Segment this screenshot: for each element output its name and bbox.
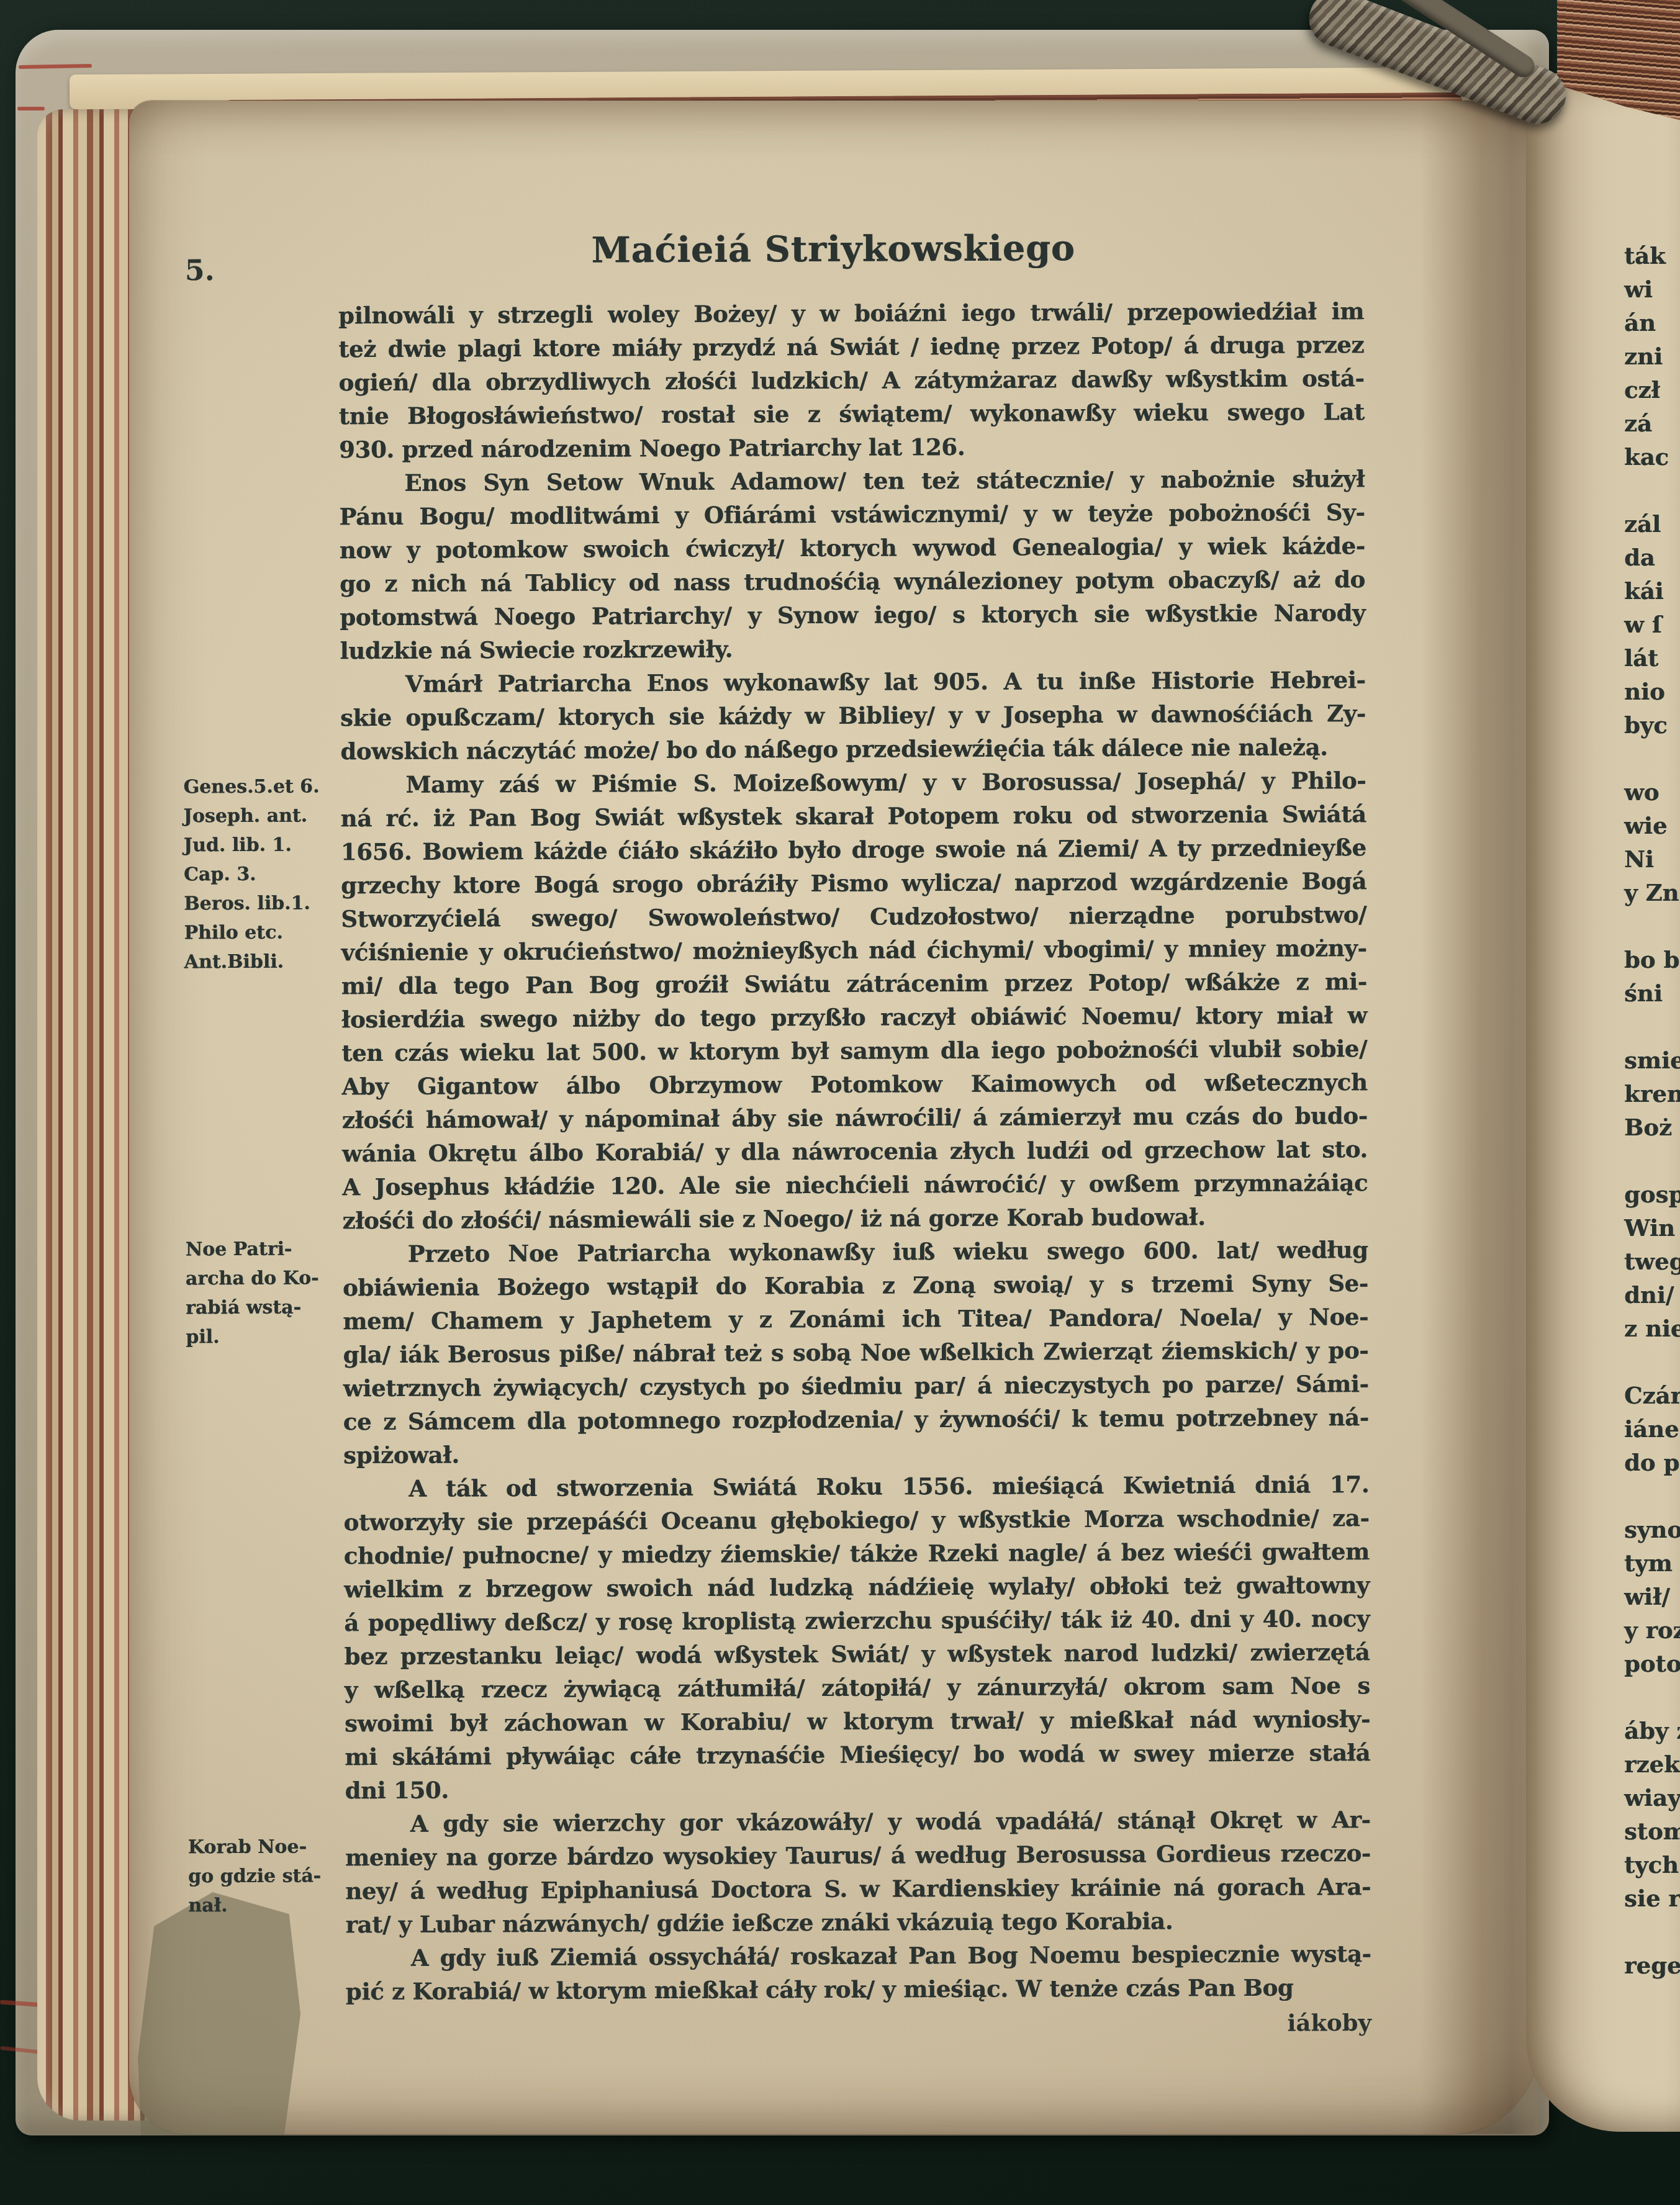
next-page-text-fragment: stom <box>1624 1815 1680 1848</box>
red-ruling-line <box>17 107 45 110</box>
next-page-text-fragment: rege <box>1624 1949 1680 1982</box>
next-page-text-fragment: Win <box>1624 1211 1680 1245</box>
next-page-text-fragment: Ni <box>1624 842 1680 876</box>
next-page-text-fragment: śni <box>1624 976 1680 1010</box>
next-page-text-fragment: poto <box>1624 1647 1680 1680</box>
main-page <box>129 101 1537 2134</box>
next-page-text-fragment: wo <box>1624 775 1680 809</box>
next-page-text-fragment: gosp <box>1624 1178 1680 1211</box>
next-page-sliver: tákwiánzniczłzákac záldakáiw ſlátniobyc … <box>1526 73 1680 2132</box>
next-page-text-fragment: lát <box>1624 641 1680 675</box>
next-page-text-fragment: smie <box>1624 1044 1680 1077</box>
next-page-text-fragment: kren <box>1624 1077 1680 1111</box>
next-page-text-fragment: Boż <box>1624 1111 1680 1144</box>
next-page-text-fragment <box>1624 742 1680 775</box>
next-page-text-fragment: ták <box>1624 239 1680 273</box>
next-page-text-fragment: wił/ <box>1624 1580 1680 1613</box>
next-page-text-fragment: do p <box>1624 1446 1680 1479</box>
next-page-text-fragment <box>1624 1680 1680 1714</box>
next-page-text-fragment: zá <box>1624 407 1680 440</box>
next-page-text-fragment: nio <box>1624 675 1680 708</box>
next-page-text-fragment <box>1624 909 1680 943</box>
book-scan: tákwiánzniczłzákac záldakáiw ſlátniobyc … <box>0 0 1680 2205</box>
next-page-text-fragment: byc <box>1624 708 1680 742</box>
next-page-text-fragment: Czár <box>1624 1379 1680 1412</box>
next-page-text-fragment: wie <box>1624 809 1680 842</box>
next-page-text-fragment: y Zn <box>1624 876 1680 909</box>
next-page-text-fragment <box>1624 474 1680 507</box>
next-page-text-fragment: czł <box>1624 373 1680 407</box>
next-page-text-fragment: zni <box>1624 340 1680 373</box>
next-page-text-fragment: dni/ <box>1624 1278 1680 1312</box>
next-page-text-fragment: wi <box>1624 273 1680 306</box>
next-page-text-fragment: syno <box>1624 1513 1680 1546</box>
next-page-text-fragment: z nieg <box>1624 1312 1680 1345</box>
next-page-text-fragment: zál <box>1624 507 1680 541</box>
next-page-text-fragment: rzekł <box>1624 1747 1680 1781</box>
next-page-text-fragment <box>1624 1479 1680 1513</box>
next-page-text-fragment: áby z <box>1624 1714 1680 1747</box>
next-page-text-fragment <box>1624 1010 1680 1044</box>
next-page-text-fragment: tym <box>1624 1546 1680 1580</box>
next-page-text-fragment: tych <box>1624 1848 1680 1882</box>
next-page-text-fragment <box>1624 1144 1680 1178</box>
next-page-text-fragment: y roz <box>1624 1613 1680 1647</box>
next-page-text-fragment <box>1624 1915 1680 1949</box>
next-page-text-fragment: wiay <box>1624 1781 1680 1815</box>
next-page-text-fragment: án <box>1624 306 1680 340</box>
next-page-text-fragment: kac <box>1624 440 1680 474</box>
next-page-text-fragment: iáneg <box>1624 1412 1680 1446</box>
next-page-text-fragment <box>1624 1345 1680 1379</box>
next-page-text-fragment: w ſ <box>1624 608 1680 641</box>
next-page-text-fragment: bo b <box>1624 943 1680 976</box>
next-page-text-fragment: tweg <box>1624 1245 1680 1278</box>
corner-stain <box>138 1892 300 2135</box>
next-page-text-fragment: sie ro <box>1624 1882 1680 1915</box>
next-page-text-fragment: kái <box>1624 574 1680 608</box>
next-page-text: tákwiánzniczłzákac záldakáiw ſlátniobyc … <box>1624 239 1680 1982</box>
next-page-text-fragment: da <box>1624 541 1680 574</box>
